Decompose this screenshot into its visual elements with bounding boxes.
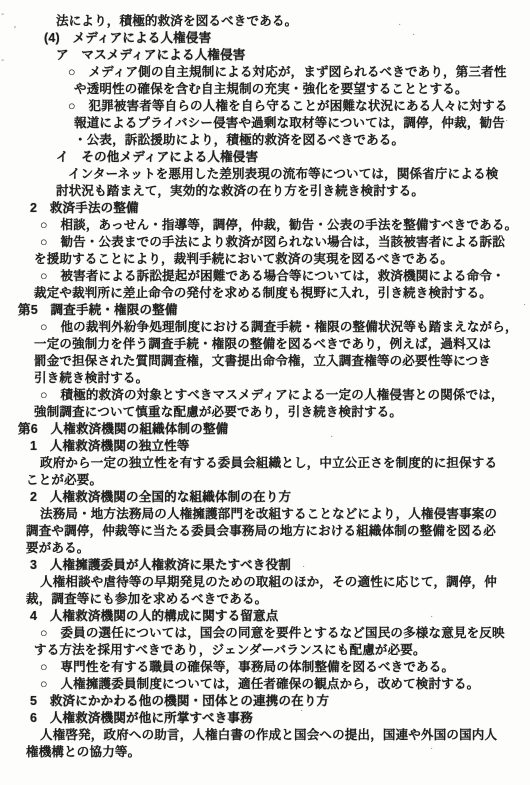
text-line: 報道によるプライバシー侵害や過剰な取材等については，調停，仲裁，勧告 [74,115,530,132]
text-line: 引き続き検討する。 [34,370,530,387]
text-line: 法により，積極的救済を図るべきである。 [56,13,530,30]
text-line: 罰金で担保された質問調査権，文書提出命令権，立入調査権等の必要性等につき [34,353,530,370]
text-line: 強制調査について慎重な配慮が必要であり，引き続き検討する。 [34,404,530,421]
heading-line: 第5 調査手続・権限の整備 [18,302,530,319]
text-line: 一定の強制力を伴う調査手続・権限の整備を図るべきであり，例えば，過料又は [34,336,530,353]
heading-line: 3 人権擁護委員が人権救済に果たすべき役割 [30,557,530,574]
text-line: や透明性の確保を含む自主規制の充実・強化を要望することとする。 [74,81,530,98]
text-line: する方法を採用すべきであり，ジェンダーバランスにも配慮が必要。 [34,642,530,659]
text-line: ○ メディア側の自主規制による対応が，まず図られるべきであり，第三者性 [68,64,530,81]
text-line: ○ 委員の選任については，国会の同意を要件とするなど国民の多様な意見を反映 [40,625,530,642]
text-line: 裁定や裁判所に差止命令の発付を求める制度も視野に入れ，引き続き検討する。 [34,285,530,302]
text-line: インターネットを悪用した差別表現の流布等については，関係省庁による検 [68,166,530,183]
text-line: を援助することにより，裁判手続において救済の実現を図るべきである。 [34,251,530,268]
text-line: ○ 人権擁護委員制度については，適任者確保の観点から，改めて検討する。 [40,676,530,693]
text-line: ○ 積極的救済の対象とすべきマスメディアによる一定の人権侵害との関係では， [40,387,530,404]
heading-line: 2 人権救済機関の全国的な組織体制の在り方 [30,489,530,506]
heading-line: ア マスメディアによる人権侵害 [56,47,530,64]
text-line: 法務局・地方法務局の人権擁護部門を改組することなどにより，人権侵害事案の [40,506,530,523]
text-line: ○ 勧告・公表までの手法により救済が図られない場合は，当該被害者による訴訟 [40,234,530,251]
text-line: 権機構との協力等。 [26,744,530,761]
text-line: 調査や調停，仲裁等に当たる委員会事務局の地方における組織体制の整備を図る必 [26,523,530,540]
text-line: ・公表，訴訟援助により，積極的救済を図るべきである。 [74,132,530,149]
heading-line: 4 人権救済機関の人的構成に関する留意点 [30,608,530,625]
text-line: 討状況も踏まえて，実効的な救済の在り方を引き続き検討する。 [56,183,530,200]
text-line: ○ 犯罪被害者等自らの人権を自ら守ることが困難な状況にある人々に対する [68,98,530,115]
text-line: 政府から一定の独立性を有する委員会組織とし，中立公正さを制度的に担保する [40,455,530,472]
text-line: ことが必要。 [26,472,530,489]
text-line: 人権相談や虐待等の早期発見のための取組のほか，その適性に応じて，調停，仲 [40,574,530,591]
document-text-block: 法により，積極的救済を図るべきである。(4) メディアによる人権侵害ア マスメデ… [0,13,530,761]
text-line: 人権啓発，政府への助言，人権白書の作成と国会への提出，国連や外国の国内人 [40,727,530,744]
heading-line: 第6 人権救済機関の組織体制の整備 [18,421,530,438]
text-line: 要がある。 [26,540,530,557]
heading-line: (4) メディアによる人権侵害 [44,30,530,47]
heading-line: 2 救済手法の整備 [30,200,530,217]
text-line: ○ 他の裁判外紛争処理制度における調査手続・権限の整備状況等も踏まえながら， [40,319,530,336]
heading-line: 5 救済にかかわる他の機関・団体との連携の在り方 [30,693,530,710]
heading-line: イ その他メディアによる人権侵害 [56,149,530,166]
text-line: ○ 専門性を有する職員の確保等，事務局の体制整備を図るべきである。 [40,659,530,676]
heading-line: 6 人権救済機関が他に所掌すべき事務 [30,710,530,727]
heading-line: 1 人権救済機関の独立性等 [30,438,530,455]
text-line: 裁，調査等にも参加を求めるべきである。 [26,591,530,608]
document-page: 法により，積極的救済を図るべきである。(4) メディアによる人権侵害ア マスメデ… [0,0,530,785]
text-line: ○ 被害者による訴訟提起が困難である場合等については，救済機関による命令・ [40,268,530,285]
text-line: ○ 相談，あっせん・指導等，調停，仲裁，勧告・公表の手法を整備すべきである。 [40,217,530,234]
